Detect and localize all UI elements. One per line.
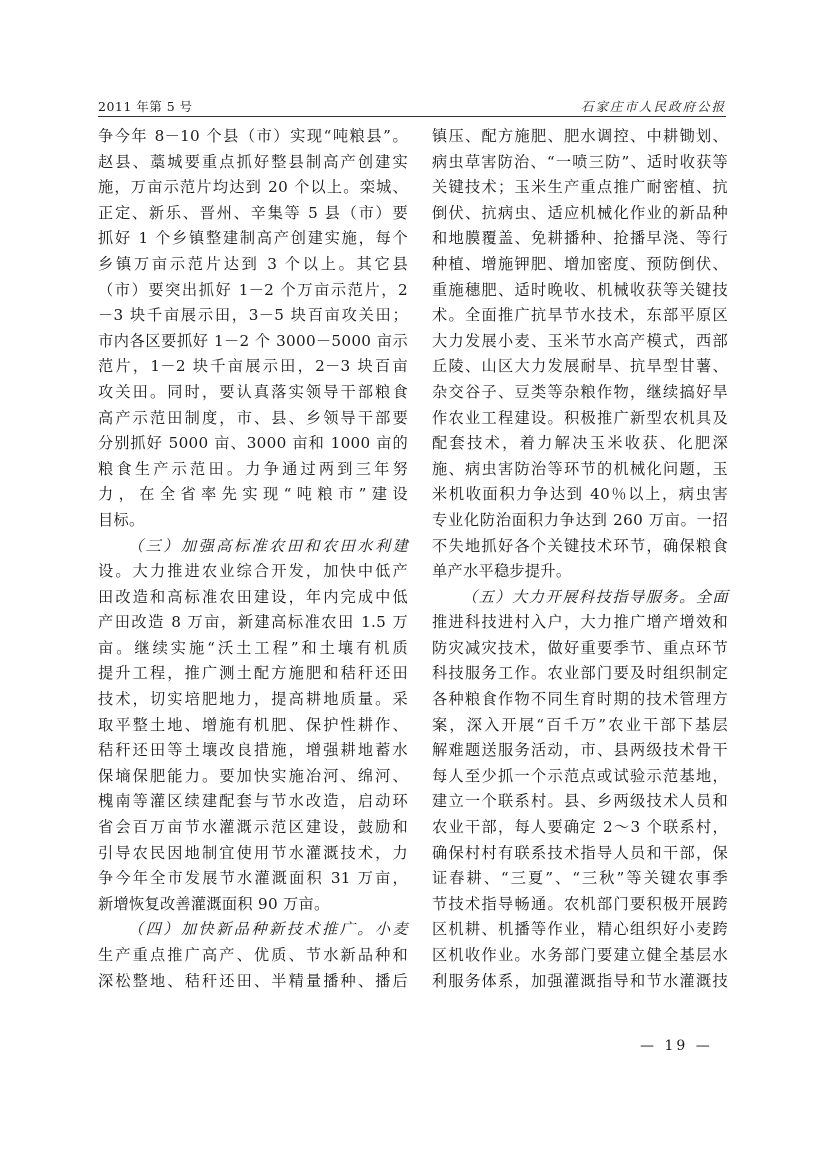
text-line: 生产重点推广高产、优质、节水新品种和 [98, 943, 408, 969]
text-line: 确保村村有联系技术指导人员和干部，保 [432, 841, 728, 867]
text-line: 种植、增施钾肥、增加密度、预防倒伏、 [432, 252, 728, 278]
text-line: 配套技术，着力解决玉米收获、化肥深 [432, 431, 728, 457]
text-line: 争今年 8－10 个县（市）实现“吨粮县”。 [98, 124, 408, 150]
text-line: 保墒保肥能力。要加快实施冶河、绵河、 [98, 764, 408, 790]
text-line: 科技服务工作。农业部门要及时组织制定 [432, 661, 728, 687]
text-line: 设。大力推进农业综合开发，加快中低产 [98, 559, 408, 585]
text-line: 杂交谷子、豆类等杂粮作物，继续搞好旱 [432, 380, 728, 406]
text-line: 分别抓好 5000 亩、3000 亩和 1000 亩的 [98, 431, 408, 457]
text-line: 案，深入开展“百千万”农业干部下基层 [432, 713, 728, 739]
text-line: 关键技术；玉米生产重点推广耐密植、抗 [432, 175, 728, 201]
text-line: 利服务体系，加强灌溉指导和节水灌溉技 [432, 969, 728, 995]
text-line: 大力发展小麦、玉米节水高产模式，西部 [432, 329, 728, 355]
right-column: 镇压、配方施肥、肥水调控、中耕锄划、病虫草害防治、“一喷三防”、适时收获等关键技… [432, 124, 728, 994]
text-line: 粮食生产示范田。力争通过两到三年努 [98, 457, 408, 483]
text-line: 米机收面积力争达到 40％以上，病虫害 [432, 482, 728, 508]
text-line: 建立一个联系村。县、乡两级技术人员和 [432, 789, 728, 815]
text-line: 取平整土地、增施有机肥、保护性耕作、 [98, 713, 408, 739]
text-line: 新增恢复改善灌溉面积 90 万亩。 [98, 892, 408, 918]
text-line: 技术，切实培肥地力，提高耕地质量。采 [98, 687, 408, 713]
text-line: 丘陵、山区大力发展耐旱、抗旱型甘薯、 [432, 354, 728, 380]
text-line: 乡镇万亩示范片达到 3 个以上。其它县 [98, 252, 408, 278]
text-line: 目标。 [98, 508, 408, 534]
text-line: 推进科技进村入户，大力推广增产增效和 [432, 610, 728, 636]
left-column: 争今年 8－10 个县（市）实现“吨粮县”。赵县、藁城要重点抓好整县制高产创建实… [98, 124, 408, 994]
text-line: 产田改造 8 万亩，新建高标准农田 1.5 万 [98, 610, 408, 636]
text-line: （市）要突出抓好 1－2 个万亩示范片，2 [98, 278, 408, 304]
text-line: 亩。继续实施“沃土工程”和土壤有机质 [98, 636, 408, 662]
text-line: 各种粮食作物不同生育时期的技术管理方 [432, 687, 728, 713]
section-heading-line: （三）加强高标准农田和农田水利建 [98, 534, 408, 560]
text-line: 镇压、配方施肥、肥水调控、中耕锄划、 [432, 124, 728, 150]
text-line: 作农业工程建设。积极推广新型农机具及 [432, 406, 728, 432]
text-line: 赵县、藁城要重点抓好整县制高产创建实 [98, 150, 408, 176]
text-line: 倒伏、抗病虫、适应机械化作业的新品种 [432, 201, 728, 227]
text-line: 不失地抓好各个关键技术环节，确保粮食 [432, 534, 728, 560]
text-line: 和地膜覆盖、免耕播种、抢播早浇、等行 [432, 226, 728, 252]
text-line: 证春耕、“三夏”、“三秋”等关键农事季 [432, 866, 728, 892]
issue-label: 2011 年第 5 号 [98, 97, 193, 115]
text-line: 每人至少抓一个示范点或试验示范基地， [432, 764, 728, 790]
section-heading-line: （五）大力开展科技指导服务。全面 [432, 585, 728, 611]
text-line: 市内各区要抓好 1－2 个 3000－5000 亩示 [98, 329, 408, 355]
text-line: 田改造和高标准农田建设，年内完成中低 [98, 585, 408, 611]
text-line: 术。全面推广抗旱节水技术，东部平原区 [432, 303, 728, 329]
text-line: 区机耕、机播等作业，精心组织好小麦跨 [432, 917, 728, 943]
text-line: 施、病虫害防治等环节的机械化问题，玉 [432, 457, 728, 483]
publication-title: 石家庄市人民政府公报 [581, 97, 726, 115]
text-line: 深松整地、秸秆还田、半精量播种、播后 [98, 969, 408, 995]
text-line: 高产示范田制度，市、县、乡领导干部要 [98, 406, 408, 432]
text-line: 专业化防治面积力争达到 260 万亩。一招 [432, 508, 728, 534]
text-line: 重施穗肥、适时晚收、机械收获等关键技 [432, 278, 728, 304]
text-line: 抓好 1 个乡镇整建制高产创建实施，每个 [98, 226, 408, 252]
text-line: 农业干部，每人要确定 2～3 个联系村， [432, 815, 728, 841]
text-line: 秸秆还田等土壤改良措施，增强耕地蓄水 [98, 738, 408, 764]
running-header: 2011 年第 5 号 石家庄市人民政府公报 [98, 96, 726, 117]
text-line: 争今年全市发展节水灌溉面积 31 万亩， [98, 866, 408, 892]
section-heading-line: （四）加快新品种新技术推广。小麦 [98, 917, 408, 943]
text-line: 施，万亩示范片均达到 20 个以上。栾城、 [98, 175, 408, 201]
text-line: 单产水平稳步提升。 [432, 559, 728, 585]
text-line: 节技术指导畅通。农机部门要积极开展跨 [432, 892, 728, 918]
text-line: 病虫草害防治、“一喷三防”、适时收获等 [432, 150, 728, 176]
text-line: 提升工程，推广测土配方施肥和秸秆还田 [98, 661, 408, 687]
text-line: 攻关田。同时，要认真落实领导干部粮食 [98, 380, 408, 406]
text-line: 力，在全省率先实现“吨粮市”建设 [98, 482, 408, 508]
text-line: 区机收作业。水务部门要建立健全基层水 [432, 943, 728, 969]
text-line: 省会百万亩节水灌溉示范区建设，鼓励和 [98, 815, 408, 841]
text-line: 正定、新乐、晋州、辛集等 5 县（市）要 [98, 201, 408, 227]
text-line: 解难题送服务活动，市、县两级技术骨干 [432, 738, 728, 764]
text-line: 引导农民因地制宜使用节水灌溉技术，力 [98, 841, 408, 867]
text-line: 槐南等灌区续建配套与节水改造，启动环 [98, 789, 408, 815]
page-number: — 19 — [640, 1038, 713, 1054]
text-line: 范片，1－2 块千亩展示田，2－3 块百亩 [98, 354, 408, 380]
text-line: －3 块千亩展示田，3－5 块百亩攻关田； [98, 303, 408, 329]
text-line: 防灾减灾技术，做好重要季节、重点环节 [432, 636, 728, 662]
